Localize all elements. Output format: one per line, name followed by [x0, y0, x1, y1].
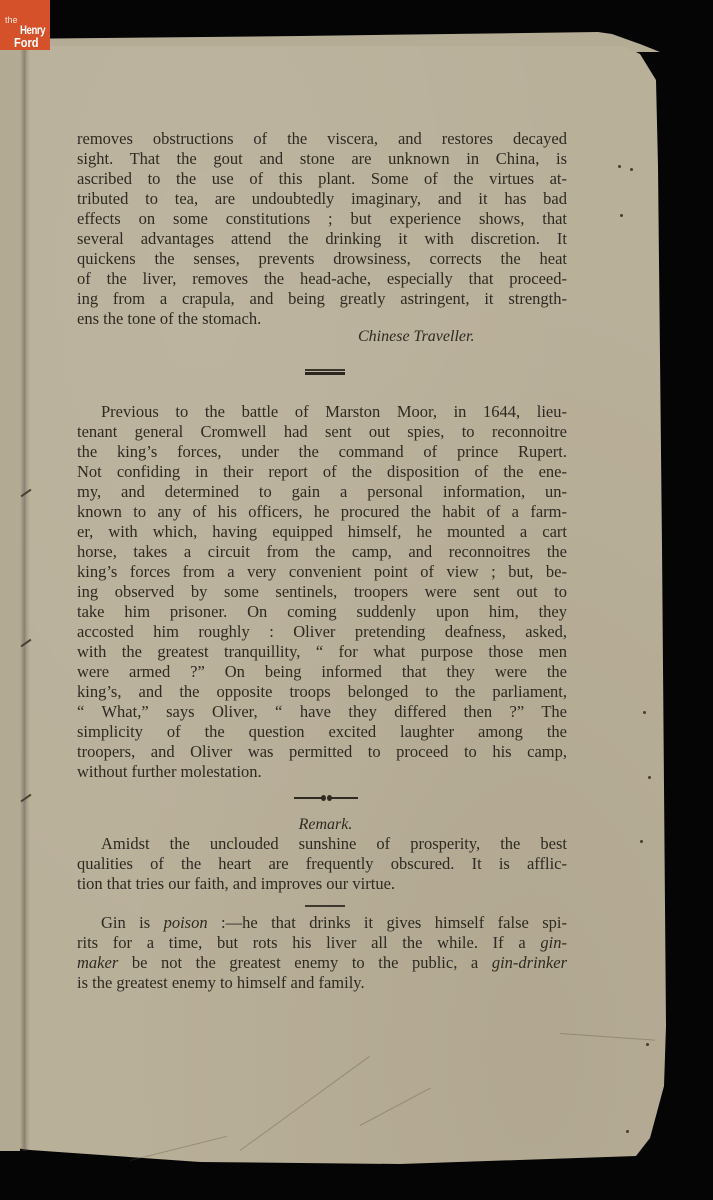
- paper-speck: [620, 214, 623, 217]
- section-divider-rule: [305, 905, 345, 907]
- binding-gutter: [20, 46, 30, 1151]
- paper-speck: [648, 776, 651, 779]
- tea-passage: removes obstructions of the viscera, and…: [77, 129, 567, 329]
- text-line: king’s, and the opposite troops belonged…: [77, 682, 567, 702]
- text-line: with the greatest tranquillity, “ for wh…: [77, 642, 567, 662]
- italic-run: maker: [77, 953, 118, 972]
- text-line: sight. That the gout and stone are unkno…: [77, 149, 567, 169]
- ornament-bar: [331, 797, 358, 799]
- paper-speck: [646, 1043, 649, 1046]
- ornament-bar: [294, 797, 322, 799]
- henry-ford-logo[interactable]: the Henry Ford: [0, 0, 50, 50]
- text-line: the king’s forces, under the command of …: [77, 442, 567, 462]
- paper-speck: [640, 840, 643, 843]
- text-run: :—he that drinks it gives himself false …: [208, 913, 567, 932]
- logo-the: the: [5, 16, 18, 25]
- text-line: Amidst the unclouded sunshine of prosper…: [77, 834, 567, 854]
- text-line: ing from a crapula, and being greatly as…: [77, 289, 567, 309]
- text-line: Gin is poison :—he that drinks it gives …: [77, 913, 567, 933]
- text-line: qualities of the heart are frequently ob…: [77, 854, 567, 874]
- text-line: tributed to tea, are undoubtedly imagina…: [77, 189, 567, 209]
- text-line: simplicity of the question excited laugh…: [77, 722, 567, 742]
- text-line: maker be not the greatest enemy to the p…: [77, 953, 567, 973]
- text-line: tenant general Cromwell had sent out spi…: [77, 422, 567, 442]
- text-line: ens the tone of the stomach.: [77, 309, 567, 329]
- paper-speck: [626, 1130, 629, 1133]
- text-line: ascribed to the use of this plant. Some …: [77, 169, 567, 189]
- text-line: Not confiding in their report of the dis…: [77, 462, 567, 482]
- text-line: take him prisoner. On coming suddenly up…: [77, 602, 567, 622]
- text-line: known to any of his officers, he procure…: [77, 502, 567, 522]
- text-line: king’s forces from a very convenient poi…: [77, 562, 567, 582]
- logo-ford: Ford: [14, 36, 39, 49]
- text-line: is the greatest enemy to himself and fam…: [77, 973, 567, 993]
- italic-run: poison: [164, 913, 208, 932]
- text-run: rits for a time, but rots his liver all …: [77, 933, 540, 952]
- ornament-knot: [321, 795, 326, 801]
- italic-run: gin-: [540, 933, 567, 952]
- text-line: removes obstructions of the viscera, and…: [77, 129, 567, 149]
- text-line: several advantages attend the drinking i…: [77, 229, 567, 249]
- text-line: troopers, and Oliver was permitted to pr…: [77, 742, 567, 762]
- paper-speck: [618, 165, 621, 168]
- text-line: Previous to the battle of Marston Moor, …: [77, 402, 567, 422]
- text-line: effects on some constitutions ; but expe…: [77, 209, 567, 229]
- text-line: accosted him roughly : Oliver pretending…: [77, 622, 567, 642]
- text-run: be not the greatest enemy to the public,…: [118, 953, 492, 972]
- text-line: were armed ?” On being informed that the…: [77, 662, 567, 682]
- facing-page-edge: [0, 46, 20, 1151]
- section-divider-double-rule: [305, 369, 345, 375]
- paper-speck: [643, 711, 646, 714]
- attribution: Chinese Traveller.: [358, 328, 474, 346]
- text-line: rits for a time, but rots his liver all …: [77, 933, 567, 953]
- remark-heading-text: Remark.: [299, 816, 353, 833]
- text-line: my, and determined to gain a personal in…: [77, 482, 567, 502]
- text-run: Gin is: [101, 913, 164, 932]
- text-line: quickens the senses, prevents drowsiness…: [77, 249, 567, 269]
- text-line: tion that tries our faith, and improves …: [77, 874, 567, 894]
- remark-passage: Amidst the unclouded sunshine of prosper…: [77, 834, 567, 894]
- text-line: er, with which, having equipped himself,…: [77, 522, 567, 542]
- paper-speck: [630, 168, 633, 171]
- section-divider-ornament: [294, 796, 358, 800]
- text-line: horse, takes a circuit from the camp, an…: [77, 542, 567, 562]
- gin-passage: Gin is poison :—he that drinks it gives …: [77, 913, 567, 993]
- italic-run: gin-drinker: [492, 953, 567, 972]
- remark-heading: Remark.: [0, 816, 713, 834]
- text-line: ing observed by some sentinels, troopers…: [77, 582, 567, 602]
- text-line: “ What,” says Oliver, “ have they differ…: [77, 702, 567, 722]
- text-line: without further molestation.: [77, 762, 567, 782]
- cromwell-passage: Previous to the battle of Marston Moor, …: [77, 402, 567, 782]
- text-line: of the liver, removes the head-ache, esp…: [77, 269, 567, 289]
